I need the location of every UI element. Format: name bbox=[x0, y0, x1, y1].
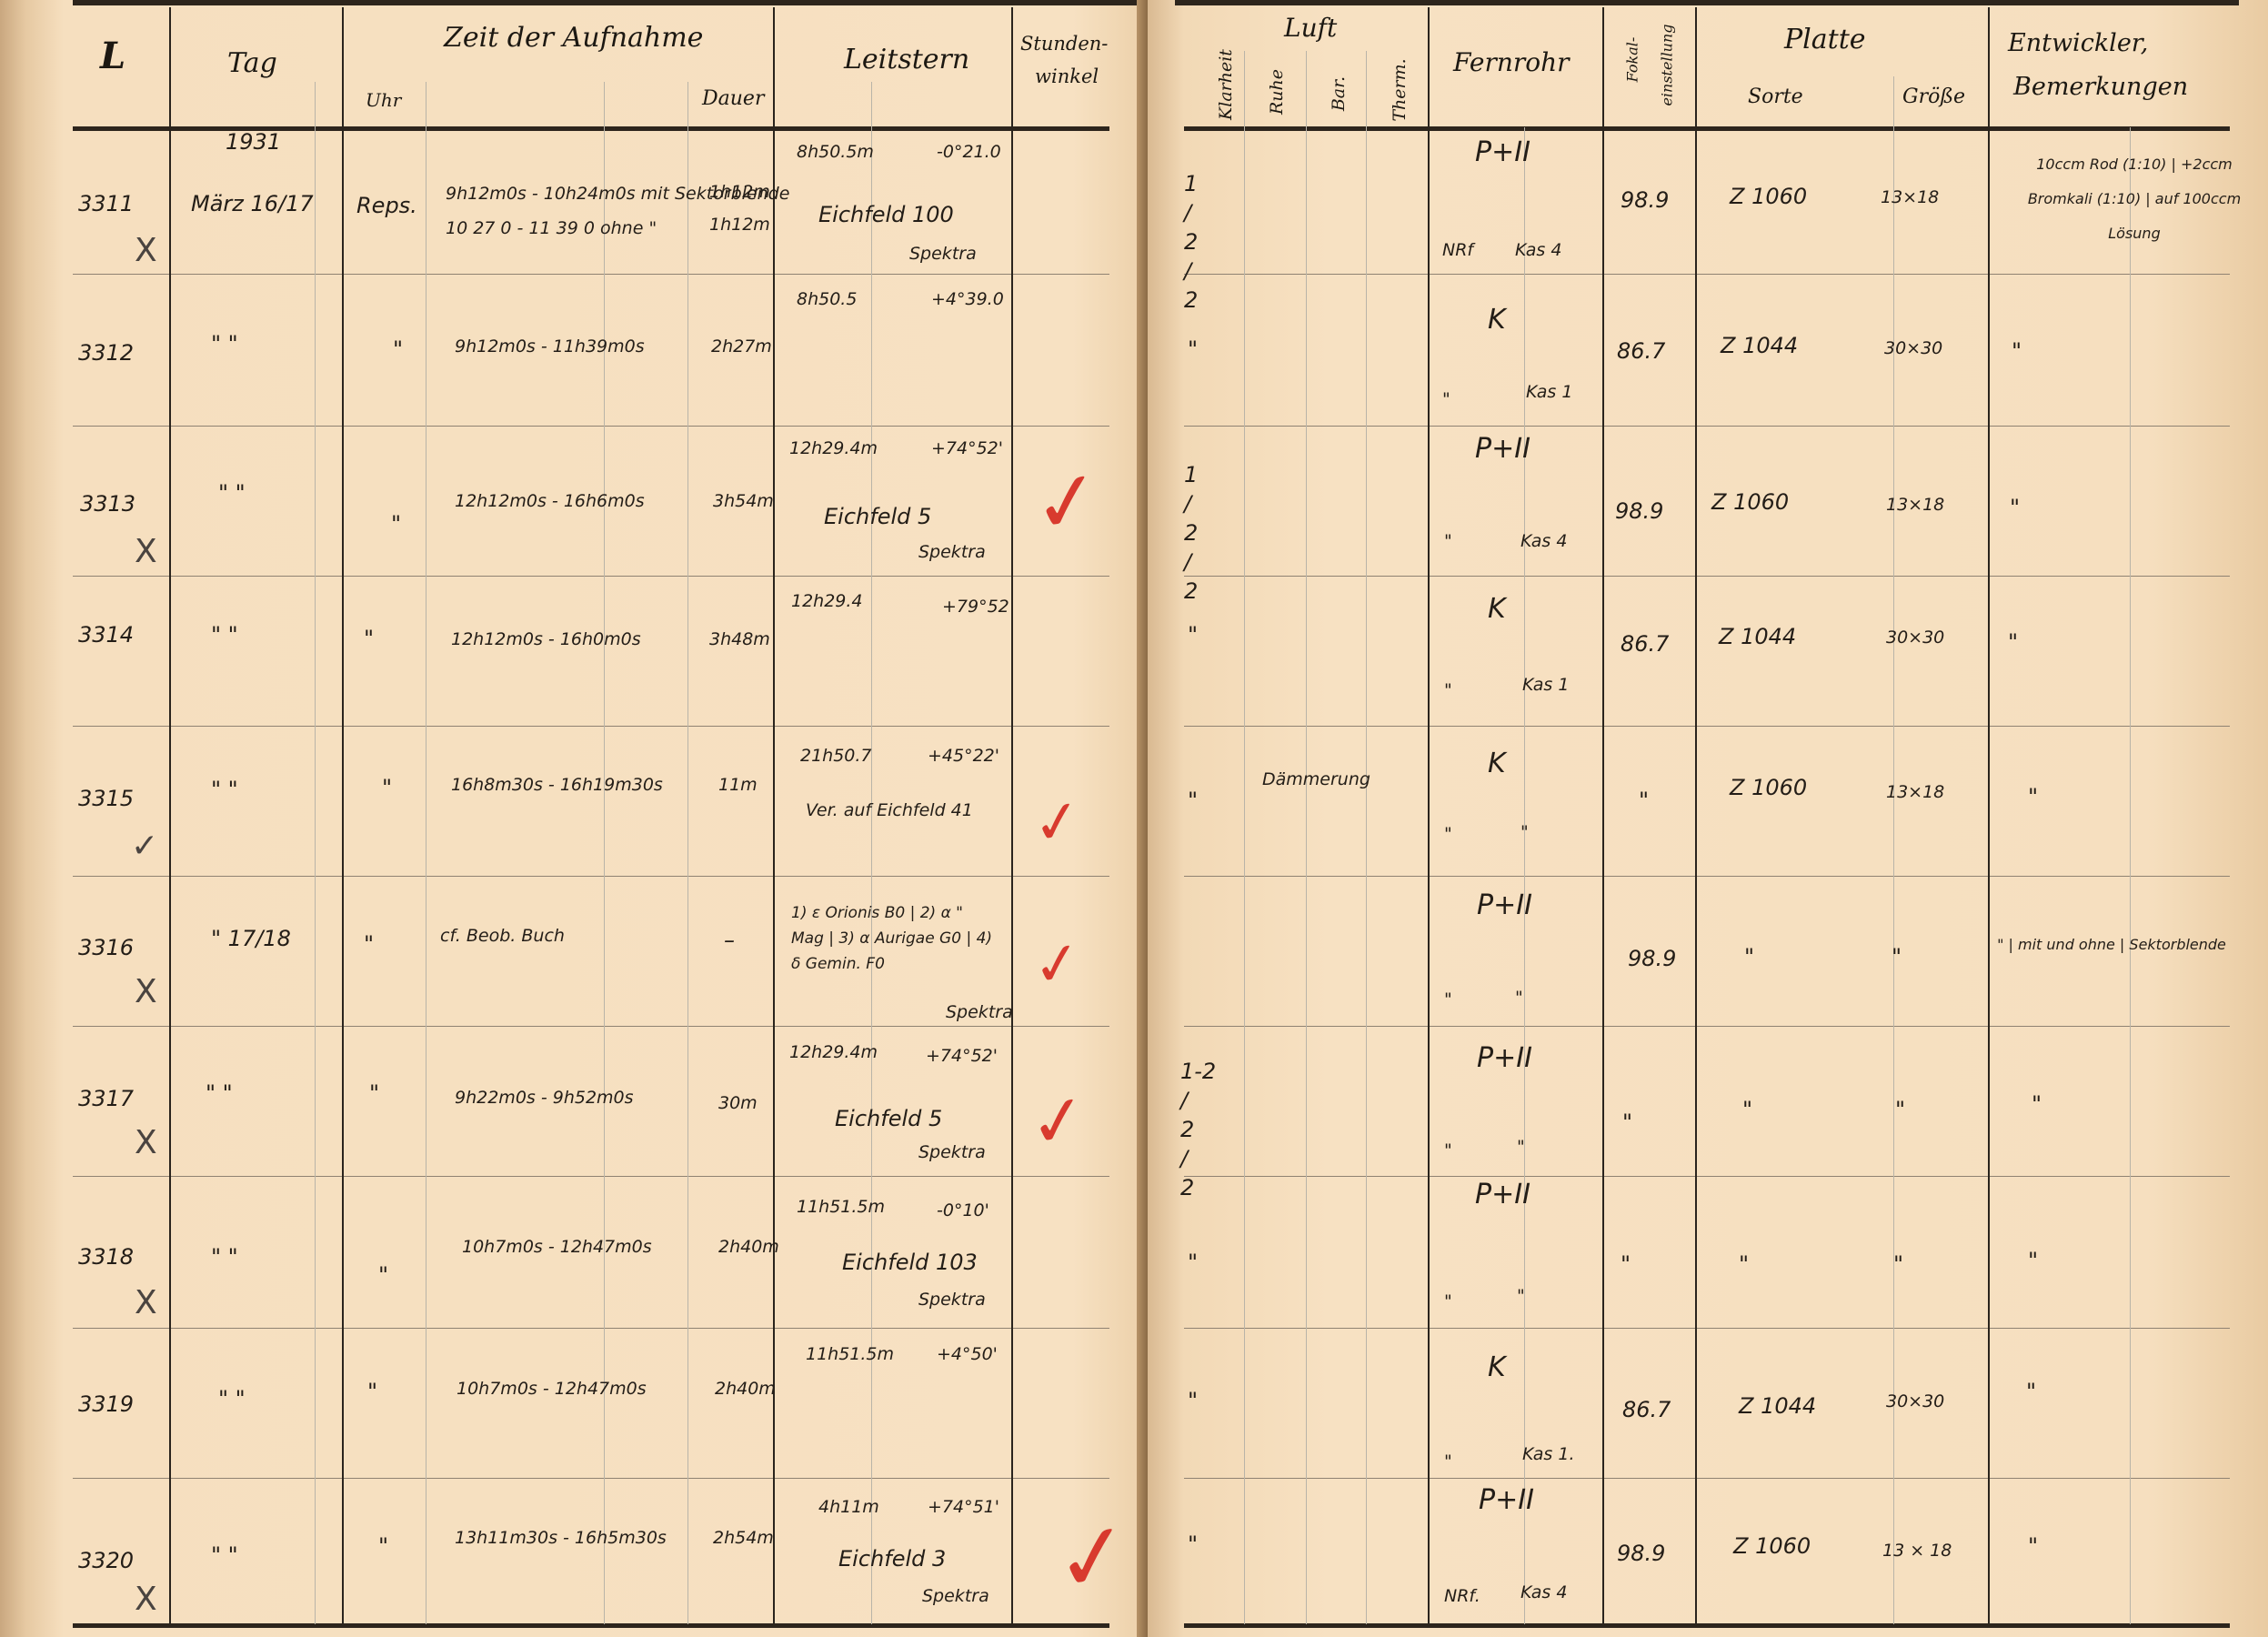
guide-star-ra: 8h50.5m bbox=[797, 142, 874, 162]
guide-star-dec: +45°22' bbox=[928, 746, 999, 766]
red-check-icon: ✓ bbox=[1048, 1500, 1138, 1616]
red-check-icon: ✓ bbox=[1024, 1077, 1092, 1165]
duration: – bbox=[724, 928, 735, 953]
plate-number: 3313 bbox=[80, 491, 135, 517]
cross-mark-icon: X bbox=[135, 973, 157, 1010]
plate-size: " bbox=[1892, 944, 1902, 969]
plate-number: 3312 bbox=[78, 340, 134, 366]
remarks: " bbox=[2010, 495, 2020, 520]
focal-setting: 86.7 bbox=[1621, 631, 1669, 657]
cassette: Kas 4 bbox=[1520, 1582, 1567, 1602]
duration: 11m bbox=[718, 775, 758, 795]
remarks: " bbox=[2012, 338, 2022, 364]
focal-setting: 98.9 bbox=[1615, 498, 1663, 524]
guide-star-list: 1) ε Orionis B0 | 2) α " Mag | 3) α Auri… bbox=[791, 900, 1000, 977]
plate-size: 13×18 bbox=[1886, 495, 1944, 515]
cassette: " bbox=[1515, 988, 1523, 1008]
telescope: K bbox=[1488, 593, 1506, 625]
plate-size: 30×30 bbox=[1886, 1391, 1944, 1411]
header-l: L bbox=[100, 35, 125, 77]
guide-star-name: Eichfeld 100 bbox=[818, 202, 954, 227]
cassette: Kas 1 bbox=[1522, 675, 1569, 695]
header-groesse: Größe bbox=[1902, 85, 1965, 108]
telescope-sub-1: " bbox=[1444, 1140, 1452, 1160]
clarity: " bbox=[1188, 788, 1198, 813]
clock: " bbox=[378, 1262, 388, 1288]
cassette: Kas 4 bbox=[1515, 240, 1561, 260]
guide-star-note: Spektra bbox=[918, 542, 986, 562]
clock: " bbox=[393, 336, 403, 362]
plate-size: 13 × 18 bbox=[1882, 1541, 1952, 1561]
date: " " bbox=[211, 777, 238, 802]
plate-size: " bbox=[1895, 1097, 1905, 1122]
guide-star-name: Ver. auf Eichfeld 41 bbox=[806, 800, 973, 820]
left-page: L Tag Zeit der Aufnahme Uhr Dauer Leitst… bbox=[0, 0, 1148, 1637]
guide-star-ra: 12h29.4m bbox=[789, 438, 878, 458]
cassette: " bbox=[1517, 1286, 1525, 1306]
telescope: P+II bbox=[1475, 1179, 1530, 1210]
exposure-time: 13h11m30s - 16h5m30s bbox=[455, 1528, 667, 1548]
red-check-icon: ✓ bbox=[1029, 787, 1086, 860]
header-fokal-1: Fokal- bbox=[1624, 19, 1641, 101]
plate-number: 3311 bbox=[78, 191, 134, 216]
duration: 2h27m bbox=[711, 336, 772, 357]
plate-type: " bbox=[1742, 1097, 1752, 1122]
exposure-time: 12h12m0s - 16h6m0s bbox=[455, 491, 645, 511]
clock: " bbox=[391, 511, 401, 537]
cassette: Kas 1. bbox=[1522, 1444, 1575, 1464]
plate-size: 30×30 bbox=[1886, 628, 1944, 648]
guide-star-ra: 11h51.5m bbox=[806, 1344, 894, 1364]
header-klarheit: Klarheit bbox=[1216, 39, 1236, 130]
clock: " bbox=[364, 626, 374, 651]
guide-star-dec: -0°10' bbox=[937, 1200, 989, 1220]
guide-star-dec: +4°39.0 bbox=[931, 289, 1004, 309]
date: " " bbox=[218, 480, 246, 506]
clarity: " bbox=[1188, 1388, 1198, 1413]
telescope-sub-1: " bbox=[1444, 531, 1452, 551]
guide-star-ra: 12h29.4 bbox=[791, 591, 863, 611]
focal-setting: 98.9 bbox=[1621, 187, 1669, 213]
red-check-icon: ✓ bbox=[1029, 929, 1086, 1002]
telescope-sub-1: " bbox=[1444, 1291, 1452, 1311]
telescope: P+II bbox=[1475, 136, 1530, 168]
header-therm: Therm. bbox=[1390, 58, 1410, 122]
telescope-sub-1: " bbox=[1444, 1451, 1452, 1471]
clock: " bbox=[364, 931, 374, 957]
telescope-sub-1: " bbox=[1444, 680, 1452, 700]
header-zeit: Zeit der Aufnahme bbox=[444, 22, 703, 54]
cross-mark-icon: X bbox=[135, 1124, 157, 1161]
cross-mark-icon: X bbox=[135, 533, 157, 570]
telescope: P+II bbox=[1479, 1484, 1534, 1516]
telescope: K bbox=[1488, 1351, 1506, 1383]
clock: " bbox=[378, 1533, 388, 1559]
plate-size: 13×18 bbox=[1881, 187, 1939, 207]
exposure-time: 10h7m0s - 12h47m0s bbox=[457, 1379, 647, 1399]
plate-type: Z 1060 bbox=[1733, 1533, 1811, 1559]
header-fokal-2: einstellung bbox=[1659, 15, 1676, 115]
red-check-icon: ✓ bbox=[1027, 450, 1108, 554]
plate-number: 3314 bbox=[78, 622, 134, 648]
plate-number: 3317 bbox=[78, 1086, 134, 1111]
cassette: Kas 4 bbox=[1520, 531, 1567, 551]
duration: 2h40m bbox=[718, 1237, 779, 1257]
clarity: " bbox=[1188, 1250, 1198, 1275]
header-tag: Tag bbox=[227, 47, 277, 79]
plate-size: 30×30 bbox=[1884, 338, 1942, 358]
clarity: " bbox=[1188, 336, 1198, 362]
header-platte: Platte bbox=[1784, 24, 1866, 55]
telescope: K bbox=[1488, 304, 1506, 336]
guide-star-ra: 12h29.4m bbox=[789, 1042, 878, 1062]
telescope: P+II bbox=[1475, 433, 1530, 465]
telescope-sub-1: " bbox=[1442, 389, 1450, 409]
header-luft: Luft bbox=[1284, 13, 1337, 43]
plate-size: 13×18 bbox=[1886, 782, 1944, 802]
telescope: P+II bbox=[1477, 1042, 1532, 1074]
plate-type: " bbox=[1744, 944, 1754, 969]
duration: 1h12m bbox=[709, 182, 770, 202]
plate-number: 3316 bbox=[78, 935, 134, 960]
telescope: K bbox=[1488, 748, 1506, 779]
duration: 30m bbox=[718, 1093, 758, 1113]
telescope-sub-1: " bbox=[1444, 989, 1452, 1009]
guide-star-note: Spektra bbox=[909, 244, 977, 264]
guide-star-name: Eichfeld 3 bbox=[838, 1546, 946, 1572]
plate-number: 3315 bbox=[78, 786, 134, 811]
header-fernrohr: Fernrohr bbox=[1453, 47, 1570, 77]
remarks: " bbox=[2008, 629, 2018, 655]
cassette: Kas 1 bbox=[1526, 382, 1572, 402]
clock: " bbox=[367, 1379, 377, 1404]
year-label: 1931 bbox=[226, 129, 281, 155]
cassette: " bbox=[1520, 822, 1529, 842]
header-bar: Bar. bbox=[1329, 66, 1349, 121]
plate-type: Z 1060 bbox=[1730, 184, 1807, 209]
guide-star-name: Eichfeld 103 bbox=[842, 1250, 978, 1275]
date: " 17/18 bbox=[211, 926, 291, 951]
guide-star-name: Eichfeld 5 bbox=[835, 1106, 942, 1131]
clarity: " bbox=[1188, 1532, 1198, 1557]
duration: 3h54m bbox=[713, 491, 774, 511]
plate-type: Z 1044 bbox=[1721, 333, 1798, 358]
plate-type: Z 1060 bbox=[1730, 775, 1807, 800]
date: " " bbox=[211, 622, 238, 648]
cross-mark-icon: X bbox=[135, 1284, 157, 1321]
plate-type: " bbox=[1739, 1251, 1749, 1277]
focal-setting: 86.7 bbox=[1617, 338, 1665, 364]
exposure-time: 16h8m30s - 16h19m30s bbox=[451, 775, 663, 795]
steadiness: Dämmerung bbox=[1262, 769, 1370, 789]
telescope: P+II bbox=[1477, 889, 1532, 921]
plate-type: Z 1060 bbox=[1711, 489, 1789, 515]
guide-star-note: Spektra bbox=[918, 1142, 986, 1162]
remarks: 10ccm Rod (1:10) | +2ccm Bromkali (1:10)… bbox=[2002, 147, 2266, 251]
focal-setting: " bbox=[1639, 788, 1649, 813]
plate-size: " bbox=[1893, 1251, 1903, 1277]
guide-star-note: Spektra bbox=[946, 1002, 1013, 1022]
guide-star-ra: 4h11m bbox=[818, 1497, 879, 1517]
guide-star-dec: +74°51' bbox=[928, 1497, 999, 1517]
cross-mark-icon: X bbox=[135, 232, 157, 269]
focal-setting: " bbox=[1621, 1251, 1631, 1277]
clarity: " bbox=[1188, 622, 1198, 648]
remarks: " bbox=[2032, 1091, 2042, 1117]
header-stundenwinkel-1: Stunden- bbox=[1020, 33, 1108, 55]
duration-2: 1h12m bbox=[709, 215, 770, 235]
remarks: " bbox=[2026, 1379, 2036, 1404]
header-sorte: Sorte bbox=[1748, 85, 1803, 108]
date: " " bbox=[218, 1386, 246, 1411]
duration: 3h48m bbox=[709, 629, 770, 649]
header-stundenwinkel-2: winkel bbox=[1035, 65, 1099, 87]
plate-type: Z 1044 bbox=[1739, 1393, 1816, 1419]
exposure-time: 9h22m0s - 9h52m0s bbox=[455, 1088, 634, 1108]
exposure-time-2: 10 27 0 - 11 39 0 ohne " bbox=[446, 218, 657, 238]
duration: 2h54m bbox=[713, 1528, 774, 1548]
date: " " bbox=[211, 331, 238, 357]
telescope-sub-1: NRf bbox=[1442, 240, 1473, 260]
duration: 2h40m bbox=[715, 1379, 776, 1399]
header-bemerkungen: Bemerkungen bbox=[2013, 73, 2188, 101]
date: " " bbox=[206, 1080, 233, 1106]
focal-setting: " bbox=[1622, 1110, 1632, 1135]
guide-star-dec: +79°52 bbox=[942, 597, 1009, 617]
cross-mark-icon: X bbox=[135, 1581, 157, 1618]
plate-number: 3318 bbox=[78, 1244, 134, 1270]
clock: Reps. bbox=[356, 193, 417, 218]
exposure-time: 12h12m0s - 16h0m0s bbox=[451, 629, 641, 649]
header-leitstern: Leitstern bbox=[844, 44, 969, 75]
guide-star-dec: +4°50' bbox=[937, 1344, 998, 1364]
cassette: " bbox=[1517, 1137, 1525, 1157]
guide-star-note: Spektra bbox=[922, 1586, 989, 1606]
clock: " bbox=[369, 1080, 379, 1106]
guide-star-name: Eichfeld 5 bbox=[824, 504, 931, 529]
header-entwickler: Entwickler, bbox=[2008, 29, 2148, 57]
exposure-time: 10h7m0s - 12h47m0s bbox=[462, 1237, 652, 1257]
clarity: 1 / 2 / 2 bbox=[1184, 169, 1220, 315]
guide-star-dec: -0°21.0 bbox=[937, 142, 1001, 162]
guide-star-dec: +74°52' bbox=[931, 438, 1003, 458]
clarity: 1 / 2 / 2 bbox=[1184, 460, 1220, 606]
focal-setting: 86.7 bbox=[1622, 1397, 1671, 1422]
header-uhr: Uhr bbox=[366, 89, 401, 111]
exposure-time: 9h12m0s - 11h39m0s bbox=[455, 336, 645, 357]
telescope-sub-1: NRf. bbox=[1444, 1586, 1480, 1606]
focal-setting: 98.9 bbox=[1628, 946, 1676, 971]
plate-type: Z 1044 bbox=[1719, 624, 1796, 649]
remarks: " bbox=[2028, 784, 2038, 809]
remarks: " | mit und ohne | Sektorblende bbox=[1993, 931, 2230, 959]
clarity: 1-2 / 2 / 2 bbox=[1180, 1057, 1226, 1202]
date: März 16/17 bbox=[191, 191, 314, 216]
guide-star-note: Spektra bbox=[918, 1290, 986, 1310]
guide-star-ra: 21h50.7 bbox=[800, 746, 872, 766]
right-page: Luft Klarheit Ruhe Bar. Therm. Fernrohr … bbox=[1148, 0, 2268, 1637]
focal-setting: 98.9 bbox=[1617, 1541, 1665, 1566]
exposure-time: cf. Beob. Buch bbox=[440, 926, 565, 946]
header-dauer: Dauer bbox=[702, 87, 764, 110]
plate-number: 3319 bbox=[78, 1391, 134, 1417]
guide-star-ra: 8h50.5 bbox=[797, 289, 857, 309]
date: " " bbox=[211, 1244, 238, 1270]
guide-star-ra: 11h51.5m bbox=[797, 1197, 885, 1217]
header-ruhe: Ruhe bbox=[1267, 65, 1287, 119]
date: " " bbox=[211, 1542, 238, 1568]
remarks: " bbox=[2028, 1533, 2038, 1559]
telescope-sub-1: " bbox=[1444, 824, 1452, 844]
check-mark-icon: ✓ bbox=[131, 828, 158, 865]
guide-star-dec: +74°52' bbox=[926, 1046, 998, 1066]
remarks: " bbox=[2028, 1248, 2038, 1273]
plate-number: 3320 bbox=[78, 1548, 134, 1573]
clock: " bbox=[382, 775, 392, 800]
